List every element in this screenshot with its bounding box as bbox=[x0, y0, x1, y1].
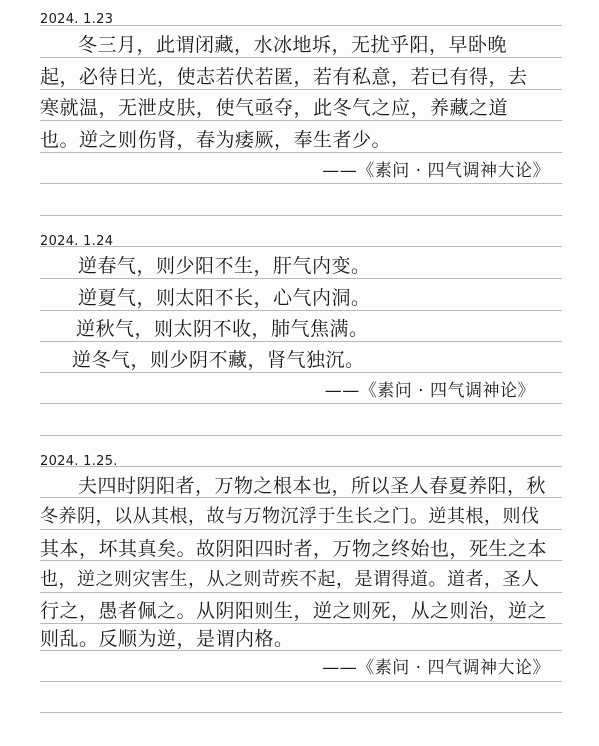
ruled-line bbox=[40, 529, 562, 530]
entry-date: 2024. 1.25. bbox=[40, 451, 562, 473]
source-citation: ——《素问 · 四气调神论》 bbox=[40, 380, 535, 402]
ruled-line bbox=[40, 215, 562, 216]
ruled-line bbox=[40, 681, 562, 682]
ruled-line bbox=[40, 278, 562, 279]
entry-text-line: 逆春气，则少阳不生，肝气内变。 bbox=[40, 255, 599, 277]
ruled-line bbox=[40, 435, 562, 436]
notebook-page: 2024. 1.23 冬三月，此谓闭藏，水冰地坼，无扰乎阳，早卧晚 起，必待日光… bbox=[0, 0, 599, 746]
ruled-line bbox=[40, 497, 562, 498]
ruled-line bbox=[40, 152, 562, 153]
entry-text-line: 冬养阴，以从其根，故与万物沉浮于生长之门。逆其根，则伐 bbox=[40, 506, 562, 528]
ruled-line bbox=[40, 372, 562, 373]
entry-text-line: 则乱。反顺为逆，是谓内格。 bbox=[40, 628, 562, 650]
entry-date: 2024. 1.24 bbox=[40, 231, 562, 253]
entry-text-line: 寒就温，无泄皮肤，使气亟夺，此冬气之应，养藏之道 bbox=[40, 97, 562, 119]
entry-text-line: 冬三月，此谓闭藏，水冰地坼，无扰乎阳，早卧晚 bbox=[40, 34, 599, 56]
entry-date: 2024. 1.23 bbox=[40, 9, 562, 31]
entry-text-line: 行之，愚者佩之。从阴阳则生，逆之则死，从之则治，逆之 bbox=[40, 600, 562, 622]
ruled-line bbox=[40, 57, 562, 58]
ruled-line bbox=[40, 650, 562, 651]
source-citation: ——《素问 · 四气调神大论》 bbox=[40, 160, 550, 182]
ruled-line bbox=[40, 120, 562, 121]
ruled-line bbox=[40, 712, 562, 713]
ruled-line bbox=[40, 89, 562, 90]
entry-text-line: 逆冬气，则少阴不藏，肾气独沉。 bbox=[40, 349, 594, 371]
entry-text-line: 夫四时阴阳者，万物之根本也，所以圣人春夏养阳，秋 bbox=[40, 475, 599, 497]
entry-text-line: 其本，坏其真矣。故阴阳四时者，万物之终始也，死生之本 bbox=[40, 538, 562, 560]
ruled-line bbox=[40, 341, 562, 342]
source-citation: ——《素问 · 四气调神大论》 bbox=[40, 657, 550, 679]
ruled-line bbox=[40, 623, 562, 624]
ruled-line bbox=[40, 560, 562, 561]
entry-text-line: 逆夏气，则太阳不长，心气内洞。 bbox=[40, 287, 599, 309]
ruled-line bbox=[40, 310, 562, 311]
ruled-line bbox=[40, 592, 562, 593]
entry-text-line: 逆秋气，则太阴不收，肺气焦满。 bbox=[40, 318, 598, 340]
entry-text-line: 也。逆之则伤肾，春为痿厥，奉生者少。 bbox=[40, 129, 562, 151]
ruled-line bbox=[40, 403, 562, 404]
entry-text-line: 起，必待日光，使志若伏若匿，若有私意，若已有得，去 bbox=[40, 66, 562, 88]
entry-text-line: 也，逆之则灾害生，从之则苛疾不起，是谓得道。道者，圣人 bbox=[40, 569, 562, 591]
ruled-line bbox=[40, 183, 562, 184]
